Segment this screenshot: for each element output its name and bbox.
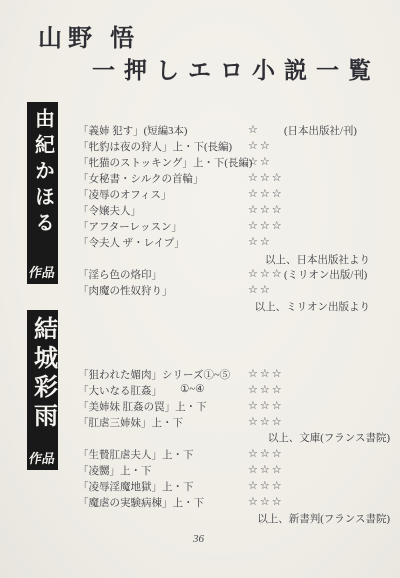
works-label: 作品 xyxy=(28,266,56,279)
page-title: 一押しエロ小説一覧 xyxy=(92,52,380,85)
publisher-total: 以上、文庫(フランス書院) xyxy=(268,430,390,445)
book-entry: 「牝豹は夜の狩人」上・下(長編) ☆☆ xyxy=(78,139,394,154)
star-rating: ☆☆☆ xyxy=(248,495,284,508)
star-rating: ☆☆☆ xyxy=(248,203,284,216)
book-title: 「凌嬲」上・下 xyxy=(78,463,152,478)
author-name: 結城彩雨 xyxy=(31,316,55,432)
book-entry: 「美姉妹 肛姦の罠」上・下 ☆☆☆ xyxy=(78,399,394,414)
star-rating: ☆☆☆ xyxy=(248,187,284,200)
book-title: 「令嬢夫人」 xyxy=(78,203,141,218)
book-title: 「令夫人 ザ・レイプ」 xyxy=(78,235,185,250)
book-title: 「凌辱のオフィス」 xyxy=(78,187,171,202)
scanned-page: 山野 悟 一押しエロ小説一覧 由紀かほる 作品 「義姉 犯す」(短編3本) ☆ … xyxy=(0,0,400,578)
publisher-note: (ミリオン出版/刊) xyxy=(284,267,367,282)
book-title: 「アフターレッスン」 xyxy=(78,219,182,234)
book-entry: 「牝猫のストッキング」上・下(長編) ☆☆ xyxy=(78,155,394,170)
star-rating: ☆☆ xyxy=(248,139,272,152)
book-title: 「義姉 犯す」(短編3本) xyxy=(78,123,187,138)
author-banner-yuki-kahoru: 由紀かほる 作品 xyxy=(27,102,58,284)
star-rating: ☆☆☆ xyxy=(248,479,284,492)
book-title: 「女秘書・シルクの首輪」 xyxy=(78,171,204,186)
book-title: 「肉魔の性奴狩り」 xyxy=(78,283,173,298)
book-title: 「魔虐の実験病棟」上・下 xyxy=(78,495,204,510)
book-entry: 「凌辱淫魔地獄」上・下 ☆☆☆ xyxy=(78,479,394,494)
book-entry: 「肉魔の性奴狩り」 ☆☆ xyxy=(78,283,394,298)
star-rating: ☆☆☆ xyxy=(248,399,284,412)
star-rating: ☆☆☆ xyxy=(248,219,284,232)
publisher-total: 以上、ミリオン出版より xyxy=(255,299,370,314)
book-title: 「牝豹は夜の狩人」上・下(長編) xyxy=(78,139,232,154)
works-label: 作品 xyxy=(28,452,56,465)
page-number: 36 xyxy=(193,533,204,545)
book-entry: 「凌辱のオフィス」 ☆☆☆ xyxy=(78,187,394,202)
author-name: 由紀かほる xyxy=(33,108,53,238)
star-rating: ☆☆☆ xyxy=(248,383,284,396)
publisher-total: 以上、日本出版社より xyxy=(265,252,370,267)
book-entry: 「狙われた媚肉」シリーズ①~⑤ ☆☆☆ xyxy=(78,367,394,382)
book-entry: 「令嬢夫人」 ☆☆☆ xyxy=(78,203,394,218)
book-title: 「美姉妹 肛姦の罠」上・下 xyxy=(78,399,207,414)
book-title: 「牝猫のストッキング」上・下(長編) xyxy=(78,155,252,170)
book-entry: 「生贄肛虐夫人」上・下 ☆☆☆ xyxy=(78,447,394,462)
star-rating: ☆☆☆ xyxy=(248,171,284,184)
star-rating: ☆☆☆ xyxy=(248,447,284,460)
star-rating: ☆☆☆ xyxy=(248,415,284,428)
volume-range: ①~④ xyxy=(180,383,205,395)
book-entry: 「義姉 犯す」(短編3本) ☆ (日本出版社/刊) xyxy=(78,123,394,138)
book-entry: 「肛虐三姉妹」上・下 ☆☆☆ xyxy=(78,415,394,430)
publisher-note: (日本出版社/刊) xyxy=(284,123,357,138)
book-entry: 「女秘書・シルクの首輪」 ☆☆☆ xyxy=(78,171,394,186)
star-rating: ☆☆☆ xyxy=(248,367,284,380)
star-rating: ☆☆☆ xyxy=(248,267,284,280)
star-rating: ☆☆☆ xyxy=(248,463,284,476)
book-entry: 「令夫人 ザ・レイプ」 ☆☆ xyxy=(78,235,394,250)
star-rating: ☆ xyxy=(248,123,260,136)
author-header: 山野 悟 xyxy=(38,18,140,53)
book-title: 「生贄肛虐夫人」上・下 xyxy=(78,447,194,462)
star-rating: ☆☆ xyxy=(248,235,272,248)
book-entry: 「淫ら色の烙印」 ☆☆☆ (ミリオン出版/刊) xyxy=(78,267,394,282)
book-title: 「淫ら色の烙印」 xyxy=(78,267,162,282)
star-rating: ☆☆ xyxy=(248,155,272,168)
book-title: 「大いなる肛姦」 xyxy=(78,383,162,398)
book-title: 「凌辱淫魔地獄」上・下 xyxy=(78,479,194,494)
book-title: 「狙われた媚肉」シリーズ①~⑤ xyxy=(78,367,230,382)
book-title: 「肛虐三姉妹」上・下 xyxy=(78,415,183,430)
book-entry: 「アフターレッスン」 ☆☆☆ xyxy=(78,219,394,234)
book-entry: 「大いなる肛姦」 ①~④ ☆☆☆ xyxy=(78,383,394,398)
book-entry: 「凌嬲」上・下 ☆☆☆ xyxy=(78,463,394,478)
publisher-total: 以上、新書判(フランス書院) xyxy=(257,511,390,526)
star-rating: ☆☆ xyxy=(248,283,272,296)
book-entry: 「魔虐の実験病棟」上・下 ☆☆☆ xyxy=(78,495,394,510)
author-banner-yuki-saiu: 結城彩雨 作品 xyxy=(27,310,58,470)
